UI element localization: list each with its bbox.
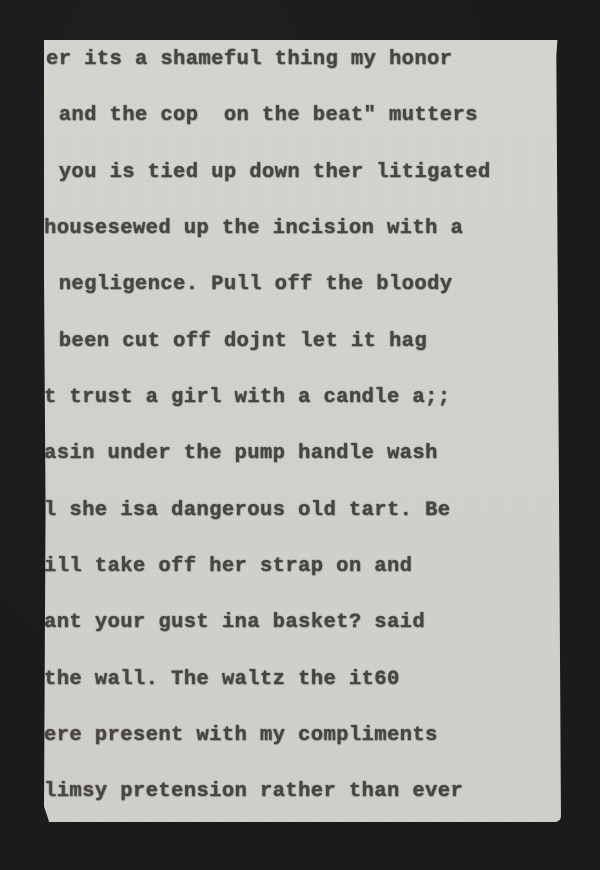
text-line: asin under the pump handle wash: [44, 442, 438, 465]
text-line: ere present with my compliments: [44, 724, 438, 747]
text-block: er its a shameful thing my honor and the…: [44, 40, 561, 822]
text-line: you is tied up down ther litigated: [46, 161, 491, 184]
text-line: been cut off dojnt let it hag: [46, 330, 427, 353]
text-line: t trust a girl with a candle a;;: [44, 386, 450, 409]
text-line: ill take off her strap on and: [44, 555, 412, 578]
text-line: the wall. The waltz the it60: [44, 668, 400, 691]
text-line: housesewed up the incision with a: [44, 217, 463, 240]
text-line: ant your gust ina basket? said: [44, 611, 425, 634]
text-line: negligence. Pull off the bloody: [46, 273, 452, 296]
text-line: limsy pretension rather than ever: [44, 780, 463, 803]
typewritten-page: er its a shameful thing my honor and the…: [44, 40, 561, 822]
text-line: er its a shameful thing my honor: [46, 48, 452, 71]
text-line: and the cop on the beat" mutters: [46, 104, 478, 127]
text-line: l she isa dangerous old tart. Be: [44, 499, 450, 522]
